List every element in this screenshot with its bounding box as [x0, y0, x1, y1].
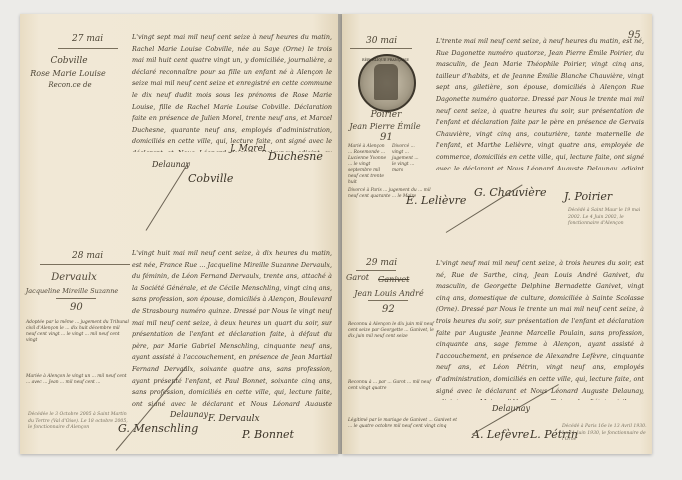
divider	[40, 264, 130, 265]
margin-note: Légitimé par le mariage de Ganivet ... G…	[348, 418, 460, 430]
entry-date: 28 mai	[72, 251, 103, 261]
divider	[356, 270, 396, 271]
entry-date: 27 mai	[72, 34, 103, 44]
entry-note: Recon.ce de	[30, 80, 110, 91]
entry-given-names: Jean Pierre Émile	[342, 121, 428, 132]
signature: Delaunay	[170, 410, 208, 419]
death-annotation: Décédé à Paris 16e le 13 Avril 1930. Le …	[562, 424, 648, 444]
margin-note: Marié à Alençon ... Rosemonde ... Lucien…	[348, 144, 388, 186]
entry-surname: Garot	[346, 272, 369, 283]
signature: Cobville	[188, 172, 233, 185]
entry-given-names: Rose Marie Louise	[20, 68, 116, 79]
open-register-book: 27 mai Cobville Rose Marie Louise Recon.…	[20, 14, 660, 466]
left-page: 27 mai Cobville Rose Marie Louise Recon.…	[20, 14, 339, 454]
divider	[368, 300, 408, 301]
entry-number: 92	[382, 304, 395, 315]
signature: Duchesne	[268, 150, 323, 163]
signature-stroke	[146, 162, 189, 230]
margin-note: Adoptée par la même ... jugement du Trib…	[26, 320, 130, 344]
entry-surname: Dervaulx	[24, 272, 124, 283]
divider	[56, 298, 96, 299]
entry-date: 30 mai	[366, 36, 397, 46]
death-annotation: Décédée le 3 Octobre 2005 à Saint Martin…	[28, 412, 128, 432]
seal-figure-icon	[374, 64, 398, 100]
death-annotation: Décédé à Saint Maur le 19 mai 2002. Le 4…	[568, 208, 650, 228]
margin-note: Mariée à Alençon le vingt un ... mil neu…	[26, 374, 130, 386]
entry-body-text: L'vingt huit mai mil neuf cent seize, à …	[132, 248, 332, 406]
entry-given-names: Jacqueline Mireille Suzanne	[20, 286, 124, 297]
divider	[350, 48, 412, 49]
divider	[58, 48, 118, 49]
entry-body-text: L'trente mai mil neuf cent seize, à neuf…	[436, 36, 644, 170]
entry-surname: Cobville	[24, 56, 114, 67]
signature: J. Morel	[230, 144, 266, 154]
right-page: 95 30 mai RÉPUBLIQUE FRANÇAISE Poirier J…	[342, 14, 652, 454]
signature: J. Poirier	[564, 190, 612, 203]
entry-date: 29 mai	[366, 258, 397, 268]
margin-note: Reconnu à Alençon le dix juin mil neuf c…	[348, 322, 434, 340]
signature: P. Bonnet	[242, 428, 294, 441]
signature: F. Dervaulx	[208, 414, 260, 424]
entry-number: 91	[380, 132, 393, 143]
entry-body-text: L'vingt sept mai mil neuf cent seize à n…	[132, 32, 332, 152]
entry-body-text: L'vingt neuf mai mil neuf cent seize, à …	[436, 258, 644, 400]
entry-surname: Poirier	[344, 110, 428, 121]
struck-surname: Ganivet	[378, 274, 409, 285]
signature: E. Lelièvre	[406, 194, 466, 207]
republic-seal-stamp: RÉPUBLIQUE FRANÇAISE	[358, 54, 416, 112]
seal-text: RÉPUBLIQUE FRANÇAISE	[362, 58, 409, 62]
entry-given-names: Jean Louis André	[344, 288, 434, 299]
entry-number: 90	[70, 302, 83, 313]
margin-note: Divorcé ... vingt ... jugement ... le vi…	[392, 144, 422, 174]
margin-note: Reconnu à ... par ... Garot ... mil neuf…	[348, 380, 434, 392]
